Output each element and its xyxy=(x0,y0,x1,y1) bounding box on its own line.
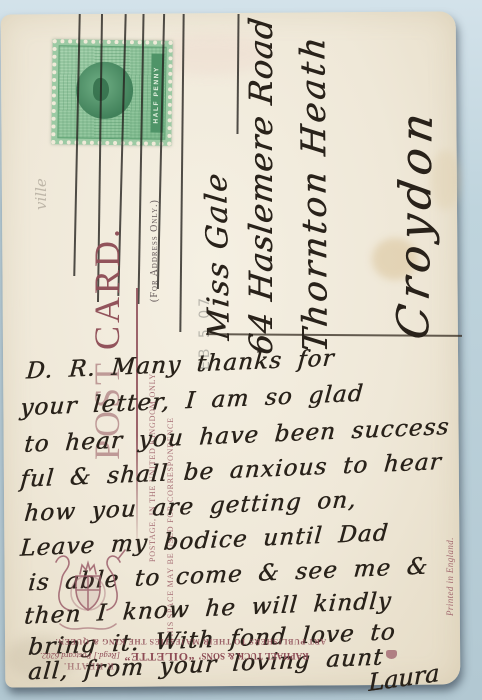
address-line-street: 64 Haslemere Road xyxy=(242,15,280,357)
series-name: “OILETTE” xyxy=(124,650,195,664)
address-line-name: Miss Gale xyxy=(199,170,237,342)
card-title-fragment: R HEATH. xyxy=(63,661,114,671)
address-line-town: Croydon xyxy=(388,104,443,343)
publishers-imprint: ART PUBLISHERS TO THEIR MAJESTIES THE KI… xyxy=(55,637,326,646)
scanned-postcard-image: HALF PENNY EB 5 07 ville POSTCARD. (For … xyxy=(0,0,482,700)
postcard-title-word2: CARD. xyxy=(87,226,127,350)
address-only-note: (For Address Only.) xyxy=(149,199,160,302)
stamp-denomination-label: HALF PENNY xyxy=(153,66,161,124)
stamp-frame: HALF PENNY xyxy=(57,45,166,139)
pencil-note: ville xyxy=(32,178,50,210)
printed-in-england-note: Printed in England. xyxy=(445,537,455,616)
postage-stamp: HALF PENNY xyxy=(51,39,172,146)
address-line-district: Thornton Heath xyxy=(293,32,336,354)
brand-name: RAPHAEL TUCK & SONS’ xyxy=(199,651,309,661)
registration-text: [Regd.] Postcard 6202. xyxy=(40,651,120,661)
postcard-title: POSTCARD. xyxy=(86,226,128,460)
tuck-trademark-icon xyxy=(386,650,397,659)
royal-crest-emblem xyxy=(46,548,130,640)
